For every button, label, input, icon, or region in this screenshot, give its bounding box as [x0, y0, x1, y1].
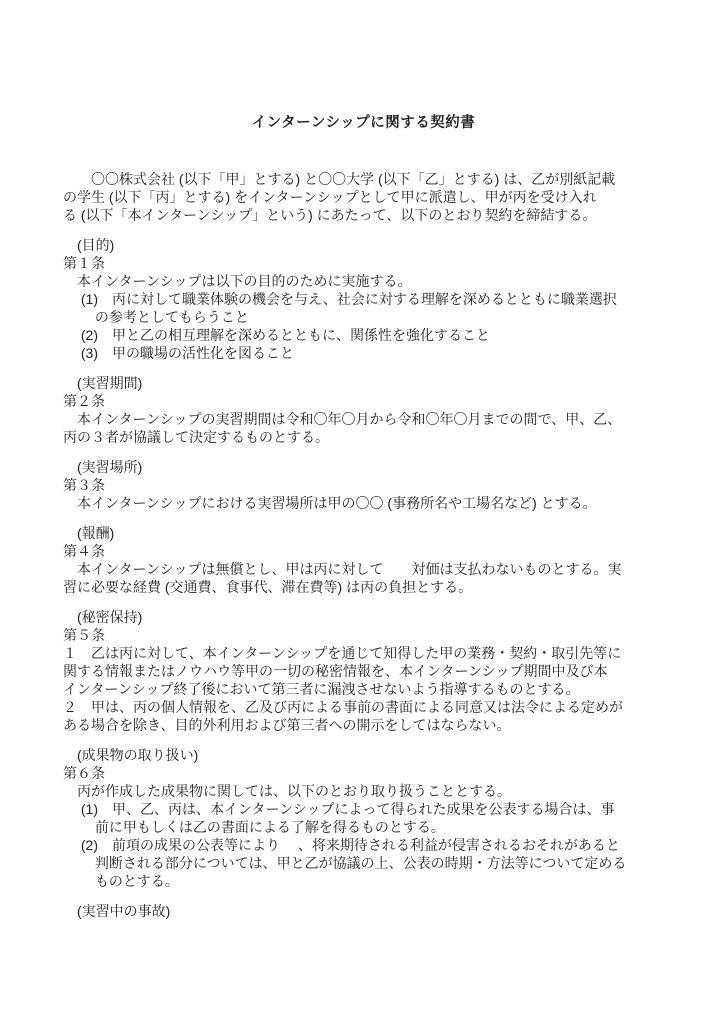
document-line: (2) 前項の成果の公表等により 、将来期待される利益が侵害されるおそれがあると: [63, 836, 664, 854]
document-line: ものとする。: [63, 872, 664, 890]
article-number: 第１条: [63, 254, 664, 272]
contract-section: (成果物の取り扱い)第６条 丙が作成した成果物に関しては、以下のとおり取り扱うこ…: [63, 746, 664, 890]
document-line: 判断される部分については、甲と乙が協議の上、公表の時期・方法等について定める: [63, 854, 664, 872]
contract-section: (報酬)第４条 本インターンシップは無償とし、甲は丙に対して 対価は支払わないも…: [63, 524, 664, 596]
section-heading: (目的): [63, 236, 664, 254]
contract-document-page: インターンシップに関する契約書 〇〇株式会社 (以下「甲」とする) と〇〇大学 …: [0, 0, 724, 1024]
document-line: インターンシップ終了後において第三者に漏洩させないよう指導するものとする。: [63, 680, 664, 698]
contract-section: (実習場所)第３条 本インターンシップにおける実習場所は甲の〇〇 (事務所名や工…: [63, 458, 664, 512]
preamble-line: る (以下「本インターンシップ」という) にあたって、以下のとおり契約を締結する…: [63, 206, 664, 224]
article-number: 第２条: [63, 392, 664, 410]
document-line: (1) 丙に対して職業体験の機会を与え、社会に対する理解を深めるとともに職業選択: [63, 290, 664, 308]
article-number: 第５条: [63, 626, 664, 644]
document-line: 関する情報またはノウハウ等甲の一切の秘密情報を、本インターンシップ期間中及び本: [63, 662, 664, 680]
document-line: 前に甲もしくは乙の書面による了解を得るものとする。: [63, 818, 664, 836]
article-number: 第６条: [63, 764, 664, 782]
document-line: ある場合を除き、目的外利用および第三者への開示をしてはならない。: [63, 716, 664, 734]
article-number: 第４条: [63, 542, 664, 560]
document-line: ２ 甲は、丙の個人情報を、乙及び丙による事前の書面による同意又は法令による定めが: [63, 698, 664, 716]
contract-section: (秘密保持)第５条１ 乙は丙に対して、本インターンシップを通じて知得した甲の業務…: [63, 608, 664, 734]
document-line: (3) 甲の職場の活性化を図ること: [63, 344, 664, 362]
section-heading: (実習期間): [63, 374, 664, 392]
preamble-line: 〇〇株式会社 (以下「甲」とする) と〇〇大学 (以下「乙」とする) は、乙が別…: [63, 170, 664, 188]
document-line: １ 乙は丙に対して、本インターンシップを通じて知得した甲の業務・契約・取引先等に: [63, 644, 664, 662]
preamble-paragraph: 〇〇株式会社 (以下「甲」とする) と〇〇大学 (以下「乙」とする) は、乙が別…: [63, 170, 664, 224]
document-line: 丙の３者が協議して決定するものとする。: [63, 428, 664, 446]
document-line: (1) 甲、乙、丙は、本インターンシップによって得られた成果を公表する場合は、事: [63, 800, 664, 818]
document-line: 本インターンシップの実習期間は令和〇年〇月から令和〇年〇月までの間で、甲、乙、: [63, 410, 664, 428]
contract-section: (目的)第１条 本インターンシップは以下の目的のために実施する。 (1) 丙に対…: [63, 236, 664, 362]
preamble-line: の学生 (以下「丙」とする) をインターンシップとして甲に派遣し、甲が丙を受け入…: [63, 188, 664, 206]
contract-sections: (目的)第１条 本インターンシップは以下の目的のために実施する。 (1) 丙に対…: [63, 236, 664, 920]
document-line: 本インターンシップは以下の目的のために実施する。: [63, 272, 664, 290]
contract-section: (実習期間)第２条 本インターンシップの実習期間は令和〇年〇月から令和〇年〇月ま…: [63, 374, 664, 446]
section-heading: (実習場所): [63, 458, 664, 476]
document-line: 本インターンシップにおける実習場所は甲の〇〇 (事務所名や工場名など) とする。: [63, 494, 664, 512]
contract-section: (実習中の事故): [63, 902, 664, 920]
document-line: 習に必要な経費 (交通費、食事代、滞在費等) は丙の負担とする。: [63, 578, 664, 596]
section-heading: (実習中の事故): [63, 902, 664, 920]
document-line: 本インターンシップは無償とし、甲は丙に対して 対価は支払わないものとする。実: [63, 560, 664, 578]
document-line: の参考としてもらうこと: [63, 308, 664, 326]
document-line: (2) 甲と乙の相互理解を深めるとともに、関係性を強化すること: [63, 326, 664, 344]
document-title: インターンシップに関する契約書: [63, 114, 664, 132]
section-heading: (成果物の取り扱い): [63, 746, 664, 764]
section-heading: (秘密保持): [63, 608, 664, 626]
document-line: 丙が作成した成果物に関しては、以下のとおり取り扱うこととする。: [63, 782, 664, 800]
section-heading: (報酬): [63, 524, 664, 542]
article-number: 第３条: [63, 476, 664, 494]
